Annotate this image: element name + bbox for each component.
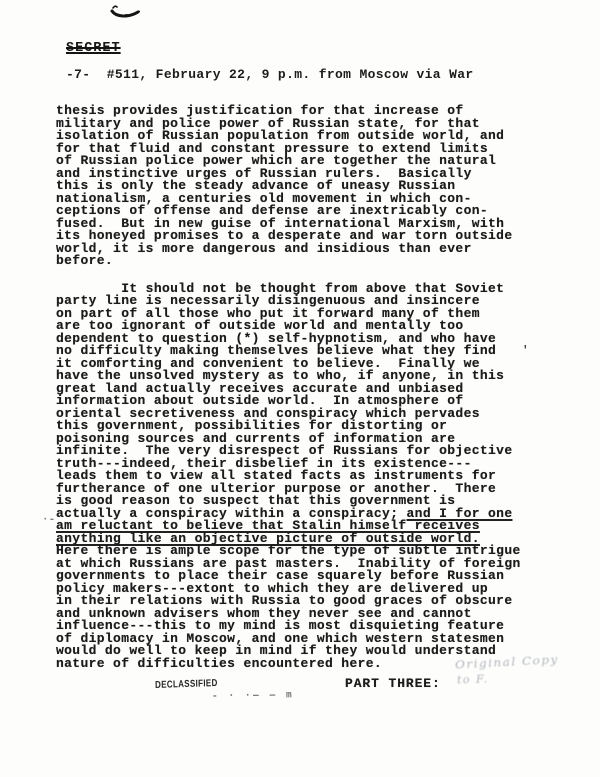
paragraph: thesis provides justification for that i… bbox=[56, 105, 521, 268]
scanned-telegram-page: SECRET -7- #511, February 22, 9 p.m. fro… bbox=[0, 0, 600, 777]
classification-secret-struck: SECRET bbox=[66, 41, 121, 56]
stray-ink-mark: ' bbox=[522, 345, 529, 357]
handwritten-squiggle-mark bbox=[108, 3, 142, 21]
declassified-stamp: DECLASSIFIED bbox=[155, 678, 218, 691]
paragraph: It should not be thought from above that… bbox=[56, 283, 521, 671]
text-segment: world, it is more dangerous and insidiou… bbox=[56, 241, 472, 256]
pencil-scribble-mark: - · ·— — m bbox=[212, 689, 294, 701]
telegram-header-line: -7- #511, February 22, 9 p.m. from Mosco… bbox=[66, 67, 474, 82]
handwritten-note-line2: to F. bbox=[457, 672, 489, 686]
text-segment: before. bbox=[56, 253, 113, 268]
part-three-label: PART THREE: bbox=[345, 676, 441, 691]
text-line: world, it is more dangerous and insidiou… bbox=[56, 243, 521, 256]
document-body: thesis provides justification for that i… bbox=[56, 105, 521, 670]
text-line: nature of difficulties encountered here. bbox=[56, 658, 521, 671]
margin-pencil-tick: ·- bbox=[42, 514, 55, 526]
text-line: before. bbox=[56, 255, 521, 268]
text-segment: nature of difficulties encountered here. bbox=[56, 656, 382, 671]
